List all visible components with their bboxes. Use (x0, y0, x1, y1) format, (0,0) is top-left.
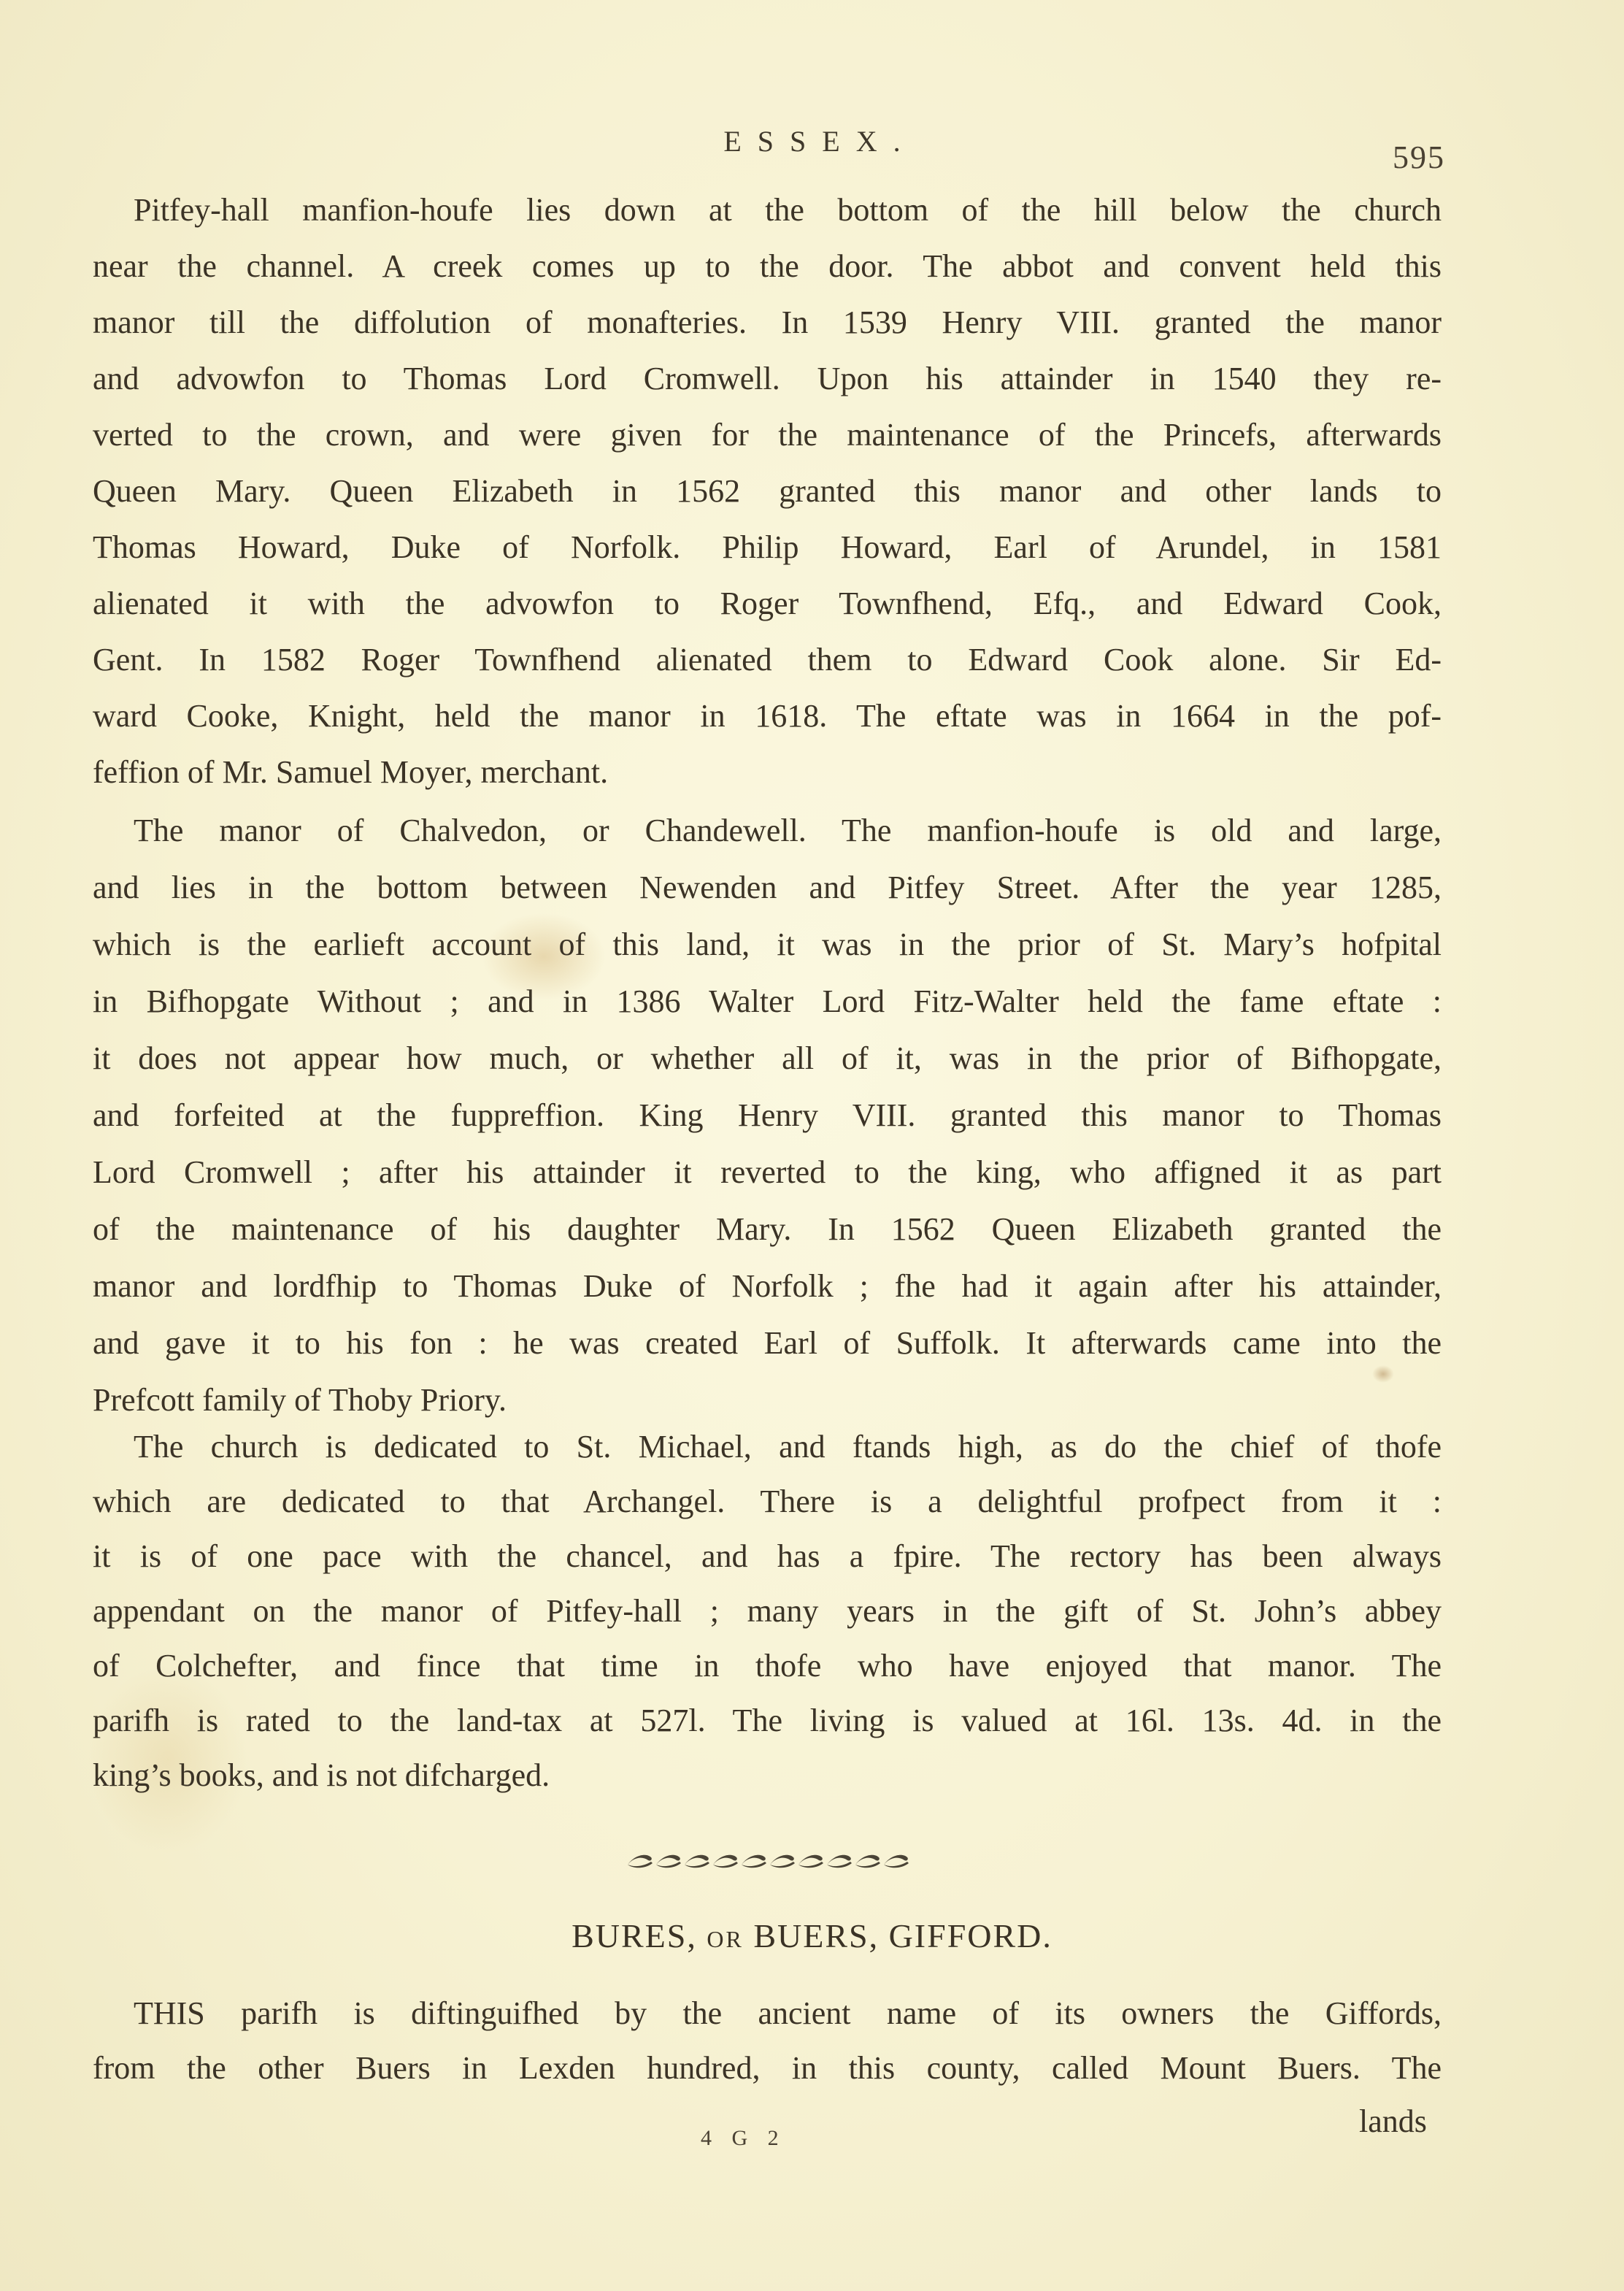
text-line: manor and lordfhip to Thomas Duke of Nor… (93, 1265, 1442, 1308)
text-line: manor till the diffolution of monafterie… (93, 301, 1442, 345)
text-line: Prefcott family of Thoby Priory. (93, 1378, 1442, 1422)
text-line: Gent. In 1582 Roger Townfhend alienated … (93, 638, 1442, 682)
catchword: lands (1359, 2103, 1427, 2140)
text-line: The manor of Chalvedon, or Chandewell. T… (134, 809, 1442, 853)
text-line: from the other Buers in Lexden hundred, … (93, 2046, 1442, 2090)
text-line: alienated it with the advowfon to Roger … (93, 582, 1442, 626)
text-line: of Colchefter, and fince that time in th… (93, 1644, 1442, 1688)
printer-signature: 4 G 2 (701, 2126, 786, 2151)
heading-part-2: BUERS, GIFFORD. (753, 1917, 1052, 1954)
text-line: king’s books, and is not difcharged. (93, 1754, 1442, 1797)
text-line: of the maintenance of his daughter Mary.… (93, 1208, 1442, 1251)
text-line: THIS parifh is diftinguifhed by the anci… (134, 1992, 1442, 2035)
section-heading: BURES, OR BUERS, GIFFORD. (0, 1916, 1624, 1955)
text-line: verted to the crown, and were given for … (93, 413, 1442, 457)
text-line: Lord Cromwell ; after his attainder it r… (93, 1151, 1442, 1194)
text-line: and forfeited at the fuppreffion. King H… (93, 1094, 1442, 1137)
text-line: it is of one pace with the chancel, and … (93, 1535, 1442, 1578)
text-line: in Bifhopgate Without ; and in 1386 Walt… (93, 980, 1442, 1024)
heading-or: OR (707, 1926, 743, 1952)
text-line: and gave it to his fon : he was created … (93, 1321, 1442, 1365)
text-line: Pitfey-hall manfion-houfe lies down at t… (134, 188, 1442, 232)
text-line: which are dedicated to that Archangel. T… (93, 1480, 1442, 1524)
text-line: it does not appear how much, or whether … (93, 1037, 1442, 1081)
text-line: The church is dedicated to St. Michael, … (134, 1425, 1442, 1469)
wave-ornament-icon (626, 1846, 915, 1872)
running-head: ESSEX. (0, 124, 1624, 158)
text-line: appendant on the manor of Pitfey-hall ; … (93, 1589, 1442, 1633)
text-line: feffion of Mr. Samuel Moyer, merchant. (93, 751, 1442, 794)
page-number: 595 (1393, 139, 1445, 176)
text-line: which is the earlieft account of this la… (93, 923, 1442, 967)
heading-part-1: BURES, (572, 1917, 697, 1954)
text-line: ward Cooke, Knight, held the manor in 16… (93, 694, 1442, 738)
running-head-text: ESSEX. (707, 125, 916, 158)
text-line: Thomas Howard, Duke of Norfolk. Philip H… (93, 526, 1442, 569)
text-line: near the channel. A creek comes up to th… (93, 245, 1442, 288)
text-line: parifh is rated to the land-tax at 527l.… (93, 1699, 1442, 1743)
text-line: and lies in the bottom between Newenden … (93, 866, 1442, 910)
text-line: Queen Mary. Queen Elizabeth in 1562 gran… (93, 469, 1442, 513)
text-line: and advowfon to Thomas Lord Cromwell. Up… (93, 357, 1442, 401)
